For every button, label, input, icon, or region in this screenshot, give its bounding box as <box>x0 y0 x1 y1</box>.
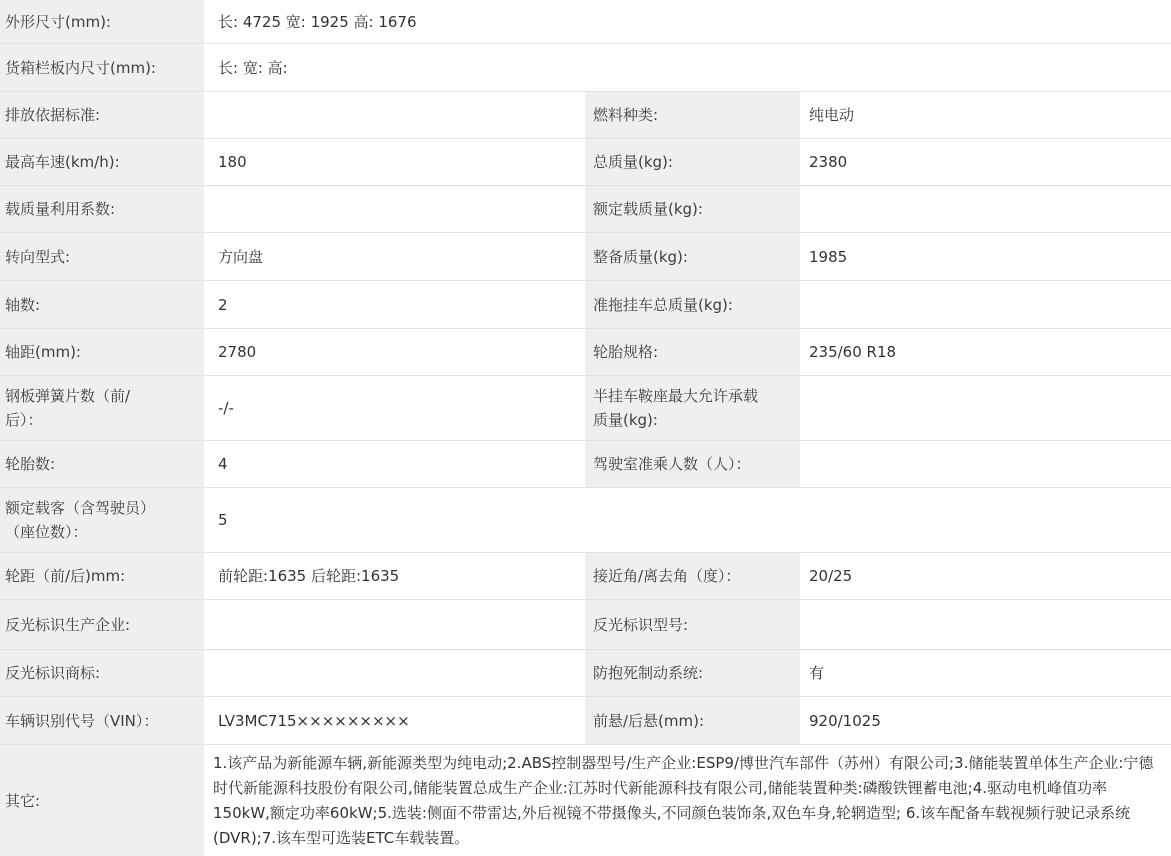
table-row: 轮距（前/后)mm: 前轮距:1635 后轮距:1635 接近角/离去角（度）：… <box>0 553 1171 600</box>
spec-label: 反光标识商标: <box>0 650 204 696</box>
spec-label: 货箱栏板内尺寸(mm): <box>0 44 204 91</box>
spec-label: 总质量(kg): <box>585 139 800 185</box>
spec-value <box>800 281 1171 328</box>
spec-label: 反光标识生产企业: <box>0 600 204 649</box>
table-row: 转向型式: 方向盘 整备质量(kg): 1985 <box>0 233 1171 281</box>
table-row: 排放依据标准: 燃料种类: 纯电动 <box>0 92 1171 139</box>
spec-label: 反光标识型号: <box>585 600 800 649</box>
table-row: 外形尺寸(mm): 长: 4725 宽: 1925 高: 1676 <box>0 0 1171 44</box>
spec-value <box>204 186 585 232</box>
spec-value: 235/60 R18 <box>800 329 1171 375</box>
spec-label: 钢板弹簧片数（前/ 后）： <box>0 376 204 440</box>
spec-value: 有 <box>800 650 1171 696</box>
spec-value: 长: 宽: 高: <box>204 44 1171 91</box>
spec-value <box>800 600 1171 649</box>
spec-value <box>204 600 585 649</box>
spec-value <box>800 376 1171 440</box>
spec-label: 半挂车鞍座最大允许承载 质量(kg): <box>585 376 800 440</box>
spec-label: 额定载客（含驾驶员） （座位数）： <box>0 488 204 552</box>
spec-value <box>204 650 585 696</box>
table-row: 钢板弹簧片数（前/ 后）： -/- 半挂车鞍座最大允许承载 质量(kg): <box>0 376 1171 441</box>
spec-label: 额定载质量(kg): <box>585 186 800 232</box>
spec-value: 2780 <box>204 329 585 375</box>
spec-label: 前悬/后悬(mm): <box>585 697 800 744</box>
spec-label: 轴距(mm): <box>0 329 204 375</box>
spec-label: 防抱死制动系统: <box>585 650 800 696</box>
spec-label: 车辆识别代号（VIN）： <box>0 697 204 744</box>
table-row: 轮胎数: 4 驾驶室准乘人数（人）： <box>0 441 1171 488</box>
spec-value: 180 <box>204 139 585 185</box>
spec-value: -/- <box>204 376 585 440</box>
table-row: 额定载客（含驾驶员） （座位数）： 5 <box>0 488 1171 553</box>
table-row: 轴数: 2 准拖挂车总质量(kg): <box>0 281 1171 329</box>
spec-label: 外形尺寸(mm): <box>0 0 204 43</box>
spec-value: LV3MC715××××××××× <box>204 697 585 744</box>
spec-value <box>800 441 1171 487</box>
spec-label: 准拖挂车总质量(kg): <box>585 281 800 328</box>
spec-label: 最高车速(km/h): <box>0 139 204 185</box>
spec-value: 前轮距:1635 后轮距:1635 <box>204 553 585 599</box>
spec-label: 整备质量(kg): <box>585 233 800 280</box>
spec-label: 排放依据标准: <box>0 92 204 138</box>
table-row: 轴距(mm): 2780 轮胎规格: 235/60 R18 <box>0 329 1171 376</box>
spec-label: 载质量利用系数: <box>0 186 204 232</box>
spec-value: 纯电动 <box>800 92 1171 138</box>
spec-label: 转向型式: <box>0 233 204 280</box>
spec-label: 驾驶室准乘人数（人）： <box>585 441 800 487</box>
spec-value: 方向盘 <box>204 233 585 280</box>
spec-label: 轮距（前/后)mm: <box>0 553 204 599</box>
spec-value: 20/25 <box>800 553 1171 599</box>
spec-value: 长: 4725 宽: 1925 高: 1676 <box>204 0 1171 43</box>
spec-label: 轮胎规格: <box>585 329 800 375</box>
spec-value <box>204 92 585 138</box>
spec-label: 其它: <box>0 745 204 856</box>
spec-value <box>800 186 1171 232</box>
spec-value: 4 <box>204 441 585 487</box>
spec-value: 920/1025 <box>800 697 1171 744</box>
table-row: 反光标识生产企业: 反光标识型号: <box>0 600 1171 650</box>
spec-value-notes: 1.该产品为新能源车辆,新能源类型为纯电动;2.ABS控制器型号/生产企业:ES… <box>204 745 1171 856</box>
spec-label: 轴数: <box>0 281 204 328</box>
spec-label: 燃料种类: <box>585 92 800 138</box>
spec-value: 2 <box>204 281 585 328</box>
table-row: 货箱栏板内尺寸(mm): 长: 宽: 高: <box>0 44 1171 92</box>
spec-label: 接近角/离去角（度）： <box>585 553 800 599</box>
table-row: 其它: 1.该产品为新能源车辆,新能源类型为纯电动;2.ABS控制器型号/生产企… <box>0 745 1171 856</box>
spec-value: 1985 <box>800 233 1171 280</box>
spec-value: 2380 <box>800 139 1171 185</box>
table-row: 车辆识别代号（VIN）： LV3MC715××××××××× 前悬/后悬(mm)… <box>0 697 1171 745</box>
table-row: 最高车速(km/h): 180 总质量(kg): 2380 <box>0 139 1171 186</box>
vehicle-spec-table: 外形尺寸(mm): 长: 4725 宽: 1925 高: 1676 货箱栏板内尺… <box>0 0 1171 856</box>
table-row: 载质量利用系数: 额定载质量(kg): <box>0 186 1171 233</box>
spec-label: 轮胎数: <box>0 441 204 487</box>
table-row: 反光标识商标: 防抱死制动系统: 有 <box>0 650 1171 697</box>
spec-value: 5 <box>204 488 1171 552</box>
